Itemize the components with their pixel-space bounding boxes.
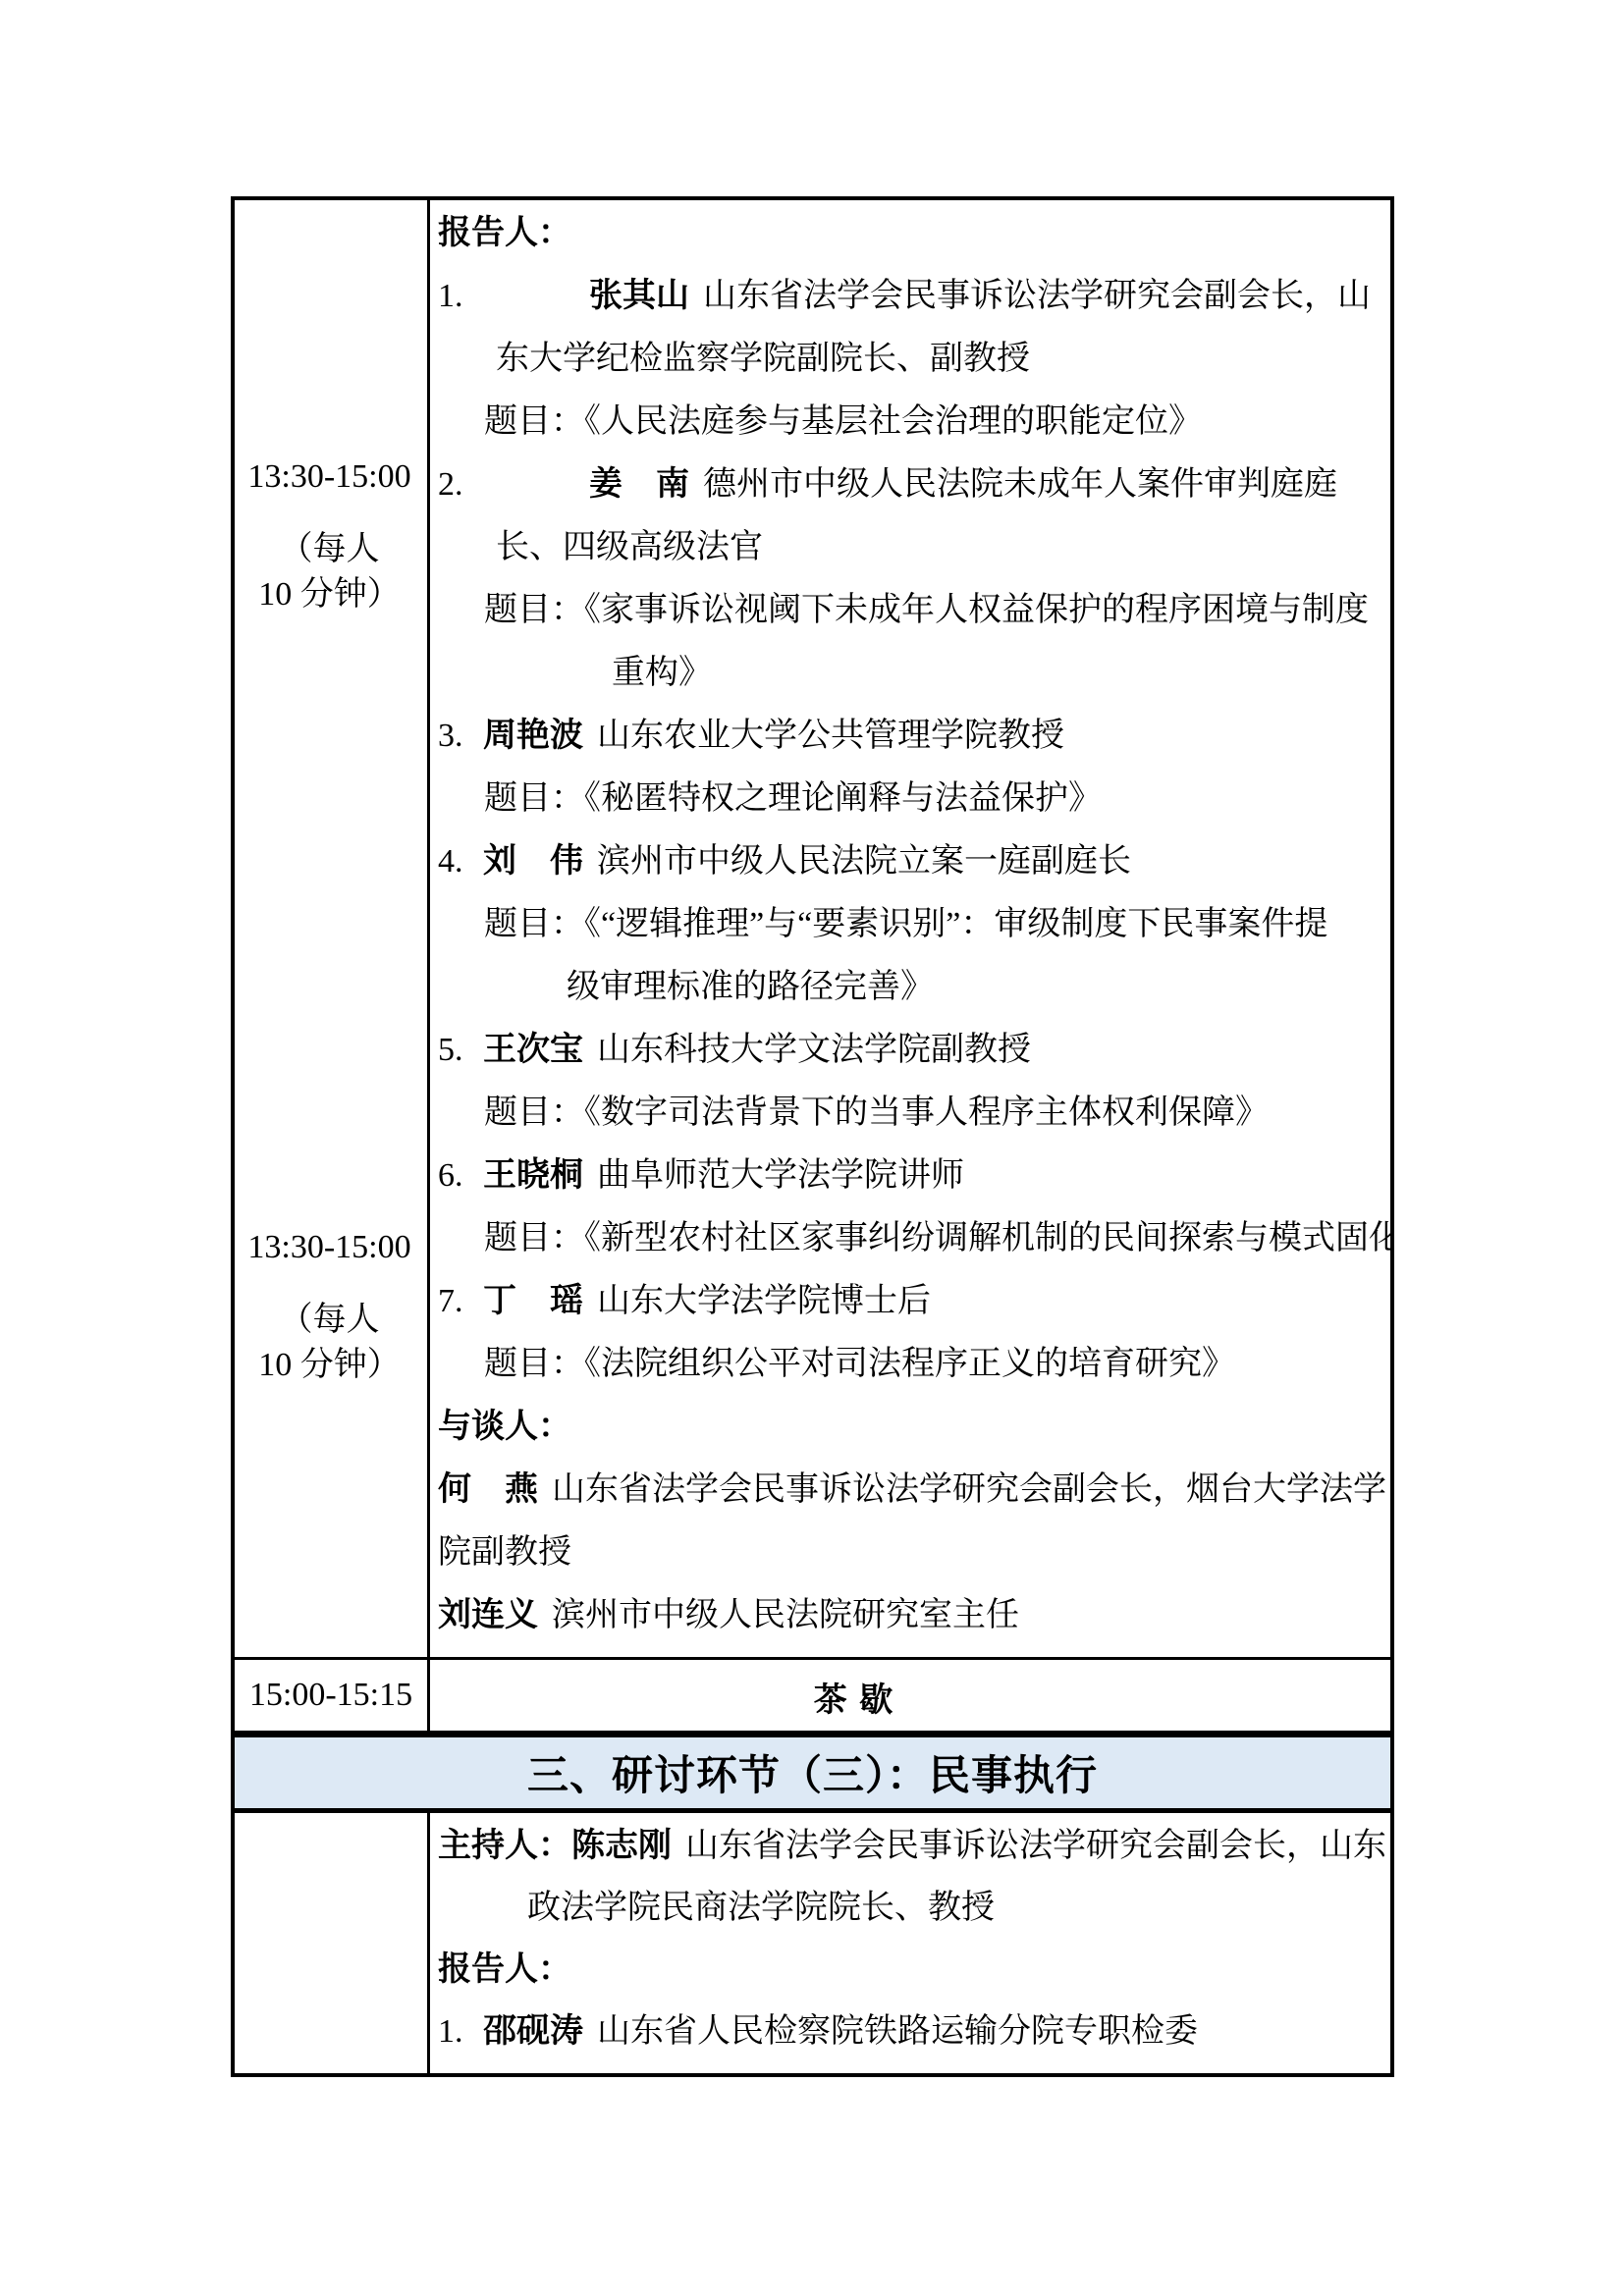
time-range: 13:30-15:00 <box>235 453 424 502</box>
speaker-affiliation: 山东大学法学院博士后 <box>597 1283 931 1319</box>
reporters-label: 报告人： <box>438 202 1380 265</box>
session-row: 主持人：陈志刚山东省法学会民事诉讼法学研究会副会长，山东 政法学院民商法学院院长… <box>235 1808 1390 2073</box>
speaker-name: 周艳波 <box>483 718 583 754</box>
item-number: 7. <box>438 1270 483 1333</box>
time-cell-empty <box>235 1813 430 2073</box>
topic-line: 题目：《数字司法背景下的当事人程序主体权利保障》 <box>438 1082 1380 1145</box>
speaker-name: 姜 南 <box>589 466 689 503</box>
report-item: 5.王次宝山东科技大学文法学院副教授 <box>438 1019 1380 1082</box>
item-number: 6. <box>438 1145 483 1207</box>
time-slot: 13:30-15:00 （每人 10 分钟） <box>235 453 424 617</box>
affiliation-continued: 长、四级高级法官 <box>438 516 1380 579</box>
speaker-affiliation: 滨州市中级人民法院立案一庭副庭长 <box>597 843 1131 880</box>
topic-line: 题目：《新型农村社区家事纠纷调解机制的民间探索与模式固化》 <box>438 1207 1380 1270</box>
time-range: 13:30-15:00 <box>235 1223 424 1272</box>
speaker-name: 刘 伟 <box>483 843 583 880</box>
section-title: 三、研讨环节（三）：民事执行 <box>527 1743 1098 1802</box>
report-item: 6.王晓桐曲阜师范大学法学院讲师 <box>438 1145 1380 1207</box>
affiliation-continued: 东大学纪检监察学院副院长、副教授 <box>438 328 1380 391</box>
discussant-item: 刘连义滨州市中级人民法院研究室主任 <box>438 1584 1380 1647</box>
speaker-affiliation: 曲阜师范大学法学院讲师 <box>597 1157 964 1194</box>
time-slot: 13:30-15:00 （每人 10 分钟） <box>235 1223 424 1388</box>
item-number: 5. <box>438 1019 483 1082</box>
reporters-label: 报告人： <box>438 1939 1380 2001</box>
topic-line: 题目：《秘匿特权之理论阐释与法益保护》 <box>438 768 1380 830</box>
item-number: 2. <box>438 454 589 516</box>
speaker-affiliation: 山东科技大学文法学院副教授 <box>597 1032 1031 1068</box>
host-label: 主持人： <box>438 1828 571 1864</box>
host-line: 主持人：陈志刚山东省法学会民事诉讼法学研究会副会长，山东 <box>438 1815 1380 1877</box>
report-item: 7.丁 瑶山东大学法学院博士后 <box>438 1270 1380 1333</box>
speaker-name: 张其山 <box>589 278 689 314</box>
time-note-line2: 10 分钟） <box>235 1343 424 1388</box>
discussant-item: 何 燕山东省法学会民事诉讼法学研究会副会长，烟台大学法学 <box>438 1459 1380 1522</box>
report-item: 4.刘 伟滨州市中级人民法院立案一庭副庭长 <box>438 830 1380 893</box>
affiliation-continued: 院副教授 <box>438 1522 1380 1584</box>
session-content: 主持人：陈志刚山东省法学会民事诉讼法学研究会副会长，山东 政法学院民商法学院院长… <box>430 1813 1390 2073</box>
speaker-name: 王次宝 <box>483 1032 583 1068</box>
speaker-affiliation: 山东农业大学公共管理学院教授 <box>597 718 1064 754</box>
discussant-name: 刘连义 <box>438 1597 538 1633</box>
item-number: 1. <box>438 2001 483 2062</box>
speaker-affiliation: 山东省人民检察院铁路运输分院专职检委 <box>597 2013 1198 2050</box>
section-header-row: 三、研讨环节（三）：民事执行 <box>235 1731 1390 1808</box>
affiliation-continued: 政法学院民商法学院院长、教授 <box>438 1877 1380 1939</box>
time-range: 15:00-15:15 <box>249 1677 412 1714</box>
topic-line: 题目：《“逻辑推理”与“要素识别”：审级制度下民事案件提 <box>438 893 1380 956</box>
item-number: 3. <box>438 705 483 768</box>
item-number: 1. <box>438 265 589 328</box>
report-item: 3.周艳波山东农业大学公共管理学院教授 <box>438 705 1380 768</box>
host-name: 陈志刚 <box>571 1828 672 1864</box>
tea-break-row: 15:00-15:15 茶 歇 <box>235 1657 1390 1731</box>
discussant-affiliation: 山东省法学会民事诉讼法学研究会副会长，烟台大学法学 <box>552 1471 1386 1508</box>
topic-line: 题目：《法院组织公平对司法程序正义的培育研究》 <box>438 1333 1380 1396</box>
discussant-affiliation: 滨州市中级人民法院研究室主任 <box>552 1597 1019 1633</box>
speaker-name: 丁 瑶 <box>483 1283 583 1319</box>
topic-continued: 重构》 <box>438 642 1380 705</box>
discussants-label: 与谈人： <box>438 1396 1380 1459</box>
topic-line: 题目：《人民法庭参与基层社会治理的职能定位》 <box>438 391 1380 454</box>
item-number: 4. <box>438 830 483 893</box>
speaker-affiliation: 山东省法学会民事诉讼法学研究会副会长，山 <box>703 278 1371 314</box>
topic-line: 题目：《家事诉讼视阈下未成年人权益保护的程序困境与制度 <box>438 579 1380 642</box>
time-note-line2: 10 分钟） <box>235 572 424 617</box>
tea-break-label: 茶 歇 <box>814 1673 895 1721</box>
speaker-name: 邵砚涛 <box>483 2013 583 2050</box>
agenda-table: 13:30-15:00 （每人 10 分钟） 13:30-15:00 （每人 1… <box>231 196 1394 2077</box>
report-item: 1.张其山山东省法学会民事诉讼法学研究会副会长，山 <box>438 265 1380 328</box>
tea-break-content: 茶 歇 <box>430 1660 1390 1731</box>
time-note-line1: （每人 <box>235 1298 424 1343</box>
session-content: 报告人： 1.张其山山东省法学会民事诉讼法学研究会副会长，山 东大学纪检监察学院… <box>430 200 1390 1657</box>
speaker-affiliation: 德州市中级人民法院未成年人案件审判庭庭 <box>703 466 1337 503</box>
session-row: 13:30-15:00 （每人 10 分钟） 13:30-15:00 （每人 1… <box>235 200 1390 1657</box>
host-affiliation: 山东省法学会民事诉讼法学研究会副会长，山东 <box>685 1828 1386 1864</box>
speaker-name: 王晓桐 <box>483 1157 583 1194</box>
topic-continued: 级审理标准的路径完善》 <box>438 956 1380 1019</box>
discussant-name: 何 燕 <box>438 1471 538 1508</box>
report-item: 1.邵砚涛山东省人民检察院铁路运输分院专职检委 <box>438 2001 1380 2062</box>
report-item: 2.姜 南德州市中级人民法院未成年人案件审判庭庭 <box>438 454 1380 516</box>
time-note-line1: （每人 <box>235 527 424 572</box>
time-cell: 15:00-15:15 <box>235 1660 430 1731</box>
time-cell: 13:30-15:00 （每人 10 分钟） 13:30-15:00 （每人 1… <box>235 200 430 1657</box>
